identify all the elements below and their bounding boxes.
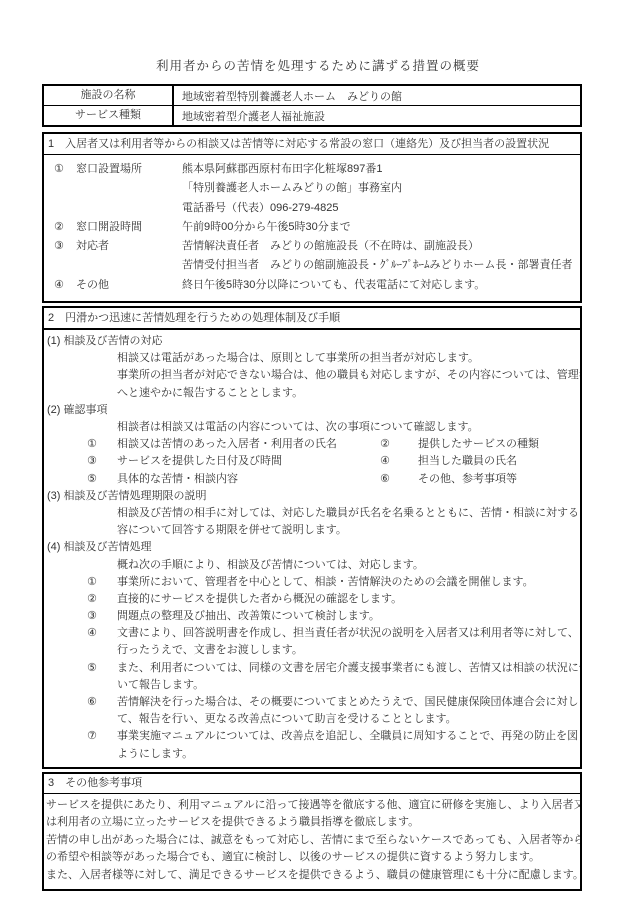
section-1-row: ①窓口設置場所熊本県阿蘇郡西原村布田字化粧塚897番1	[44, 160, 580, 179]
paragraph-line: いて報告します。	[44, 677, 580, 694]
item-text: 事業所において、管理者を中心として、相談・苦情解決のための会議を開催します。	[117, 574, 580, 591]
item-text-right: 担当した職員の氏名	[418, 453, 580, 470]
note-line: は利用者の立場に立ったサービスを提供できるよう職員指導を徹底します。	[44, 814, 580, 832]
section-2-body: (1) 相談及び苦情の対応相談又は電話があった場合は、原則として事業所の担当者が…	[44, 330, 580, 767]
section-3-heading: 3 その他参考事項	[44, 774, 580, 794]
item-number: ⑦	[87, 728, 117, 745]
facility-table-row: サービス種類地域密着型介護老人福祉施設	[44, 105, 580, 125]
item-text: 苦情解決を行った場合は、その概要についてまとめたうえで、国民健康保険団体連合会に…	[117, 694, 580, 711]
section-1-row: 「特別養護老人ホームみどりの館」事務室内	[44, 179, 580, 198]
section-3-notes: 3 その他参考事項 サービスを提供にあたり、利用マニュアルに沿って接遇等を徹底す…	[42, 772, 582, 892]
section-1-row: 電話番号（代表）096-279-4825	[44, 199, 580, 218]
item-number-left: ③	[87, 453, 117, 470]
item-label: 窓口設置場所	[76, 160, 182, 179]
item-text: また、利用者については、同様の文書を居宅介護支援事業者にも渡し、苦情又は相談の状…	[117, 660, 580, 677]
item-number: ①	[87, 574, 117, 591]
page-title: 利用者からの苦情を処理するために講ずる措置の概要	[0, 0, 636, 74]
paragraph-line: 行ったうえで、文書をお渡しします。	[44, 642, 580, 659]
item-text-left: 相談又は苦情のあった入居者・利用者の氏名	[117, 436, 380, 453]
note-line: 苦情の申し出があった場合には、誠意をもって対応し、苦情にまで至らないケースであっ…	[44, 832, 580, 850]
section-1-heading: 1 入居者又は利用者等からの相談又は苦情等に対応する常設の窓口（連絡先）及び担当…	[44, 134, 580, 155]
paragraph-line: 相談者は相談又は電話の内容については、次の事項について確認します。	[44, 419, 580, 436]
document-body: 施設の名称地域密着型特別養護老人ホーム みどりの館サービス種類地域密着型介護老人…	[42, 84, 582, 891]
subsection-heading: (2) 確認事項	[44, 402, 580, 419]
item-number: ④	[87, 625, 117, 642]
section-2-heading: 2 円滑かつ迅速に苦情処理を行うための処理体制及び手順	[44, 308, 580, 330]
subsection-heading: (4) 相談及び苦情処理	[44, 539, 580, 556]
paragraph-line: 事業所の担当者が対応できない場合は、他の職員も対応しますが、その内容については、…	[44, 367, 580, 384]
item-number	[54, 179, 76, 198]
item-number	[54, 256, 76, 275]
item-text: 直接的にサービスを提供した者から概況の確認をします。	[117, 591, 580, 608]
item-value: 苦情受付担当者 みどりの館副施設長・ｸﾞﾙｰﾌﾟﾎｰﾑみどりホーム長・部署責任者	[182, 256, 580, 275]
item-number-left: ①	[87, 436, 117, 453]
paragraph-line: て、報告を行い、更なる改善点について助言を受けることとします。	[44, 711, 580, 728]
paragraph-line: ようにします。	[44, 746, 580, 763]
note-line: サービスを提供にあたり、利用マニュアルに沿って接遇等を徹底する他、適宜に研修を実…	[44, 797, 580, 815]
numbered-item: ⑦事業実施マニュアルについては、改善点を追記し、全職員に周知することで、再発の防…	[44, 728, 580, 745]
item-label	[76, 256, 182, 275]
item-number-left: ⑤	[87, 471, 117, 488]
item-text-left: 具体的な苦情・相談内容	[117, 471, 380, 488]
item-value: 「特別養護老人ホームみどりの館」事務室内	[182, 179, 580, 198]
item-text-right: その他、参考事項等	[418, 471, 580, 488]
item-text: 文書により、回答説明書を作成し、担当責任者が状況の説明を入居者又は利用者等に対し…	[117, 625, 580, 642]
paragraph-line: 容について回答する期限を併せて説明します。	[44, 522, 580, 539]
item-number: ①	[54, 160, 76, 179]
section-1-window-setup: 1 入居者又は利用者等からの相談又は苦情等に対応する常設の窓口（連絡先）及び担当…	[42, 132, 582, 303]
item-label	[76, 179, 182, 198]
item-number-right: ⑥	[380, 471, 418, 488]
facility-table: 施設の名称地域密着型特別養護老人ホーム みどりの館サービス種類地域密着型介護老人…	[42, 84, 582, 127]
checklist-row: ①相談又は苦情のあった入居者・利用者の氏名②提供したサービスの種類	[44, 436, 580, 453]
item-label: 窓口開設時間	[76, 218, 182, 237]
item-number: ③	[54, 237, 76, 256]
subsection-heading: (1) 相談及び苦情の対応	[44, 333, 580, 350]
item-label	[76, 199, 182, 218]
item-text-left: サービスを提供した日付及び時間	[117, 453, 380, 470]
checklist-row: ③サービスを提供した日付及び時間④担当した職員の氏名	[44, 453, 580, 470]
numbered-item: ⑤また、利用者については、同様の文書を居宅介護支援事業者にも渡し、苦情又は相談の…	[44, 660, 580, 677]
section-2-procedure: 2 円滑かつ迅速に苦情処理を行うための処理体制及び手順 (1) 相談及び苦情の対…	[42, 306, 582, 769]
section-1-row: 苦情受付担当者 みどりの館副施設長・ｸﾞﾙｰﾌﾟﾎｰﾑみどりホーム長・部署責任者	[44, 256, 580, 275]
item-text-right: 提供したサービスの種類	[418, 436, 580, 453]
numbered-item: ①事業所において、管理者を中心として、相談・苦情解決のための会議を開催します。	[44, 574, 580, 591]
note-line: また、入居者様等に対して、満足できるサービスを提供できるよう、職員の健康管理にも…	[44, 867, 580, 885]
section-1-body: ①窓口設置場所熊本県阿蘇郡西原村布田字化粧塚897番1「特別養護老人ホームみどり…	[44, 155, 580, 301]
facility-table-row: 施設の名称地域密着型特別養護老人ホーム みどりの館	[44, 86, 580, 105]
facility-row-value: 地域密着型特別養護老人ホーム みどりの館	[174, 88, 580, 104]
item-value: 終日午後5時30分以降についても、代表電話にて対応します。	[182, 276, 580, 295]
numbered-item: ②直接的にサービスを提供した者から概況の確認をします。	[44, 591, 580, 608]
section-1-row: ④その他終日午後5時30分以降についても、代表電話にて対応します。	[44, 276, 580, 295]
numbered-item: ④文書により、回答説明書を作成し、担当責任者が状況の説明を入居者又は利用者等に対…	[44, 625, 580, 642]
item-value: 電話番号（代表）096-279-4825	[182, 199, 580, 218]
item-label: 対応者	[76, 237, 182, 256]
item-number: ⑤	[87, 660, 117, 677]
paragraph-line: へと速やかに報告することとします。	[44, 385, 580, 402]
item-number: ④	[54, 276, 76, 295]
facility-row-value: 地域密着型介護老人福祉施設	[174, 108, 580, 124]
section-1-row: ③対応者苦情解決責任者 みどりの館施設長（不在時は、副施設長）	[44, 237, 580, 256]
item-value: 熊本県阿蘇郡西原村布田字化粧塚897番1	[182, 160, 580, 179]
item-number	[54, 199, 76, 218]
paragraph-line: 相談及び苦情の相手に対しては、対応した職員が氏名を名乗るとともに、苦情・相談に対…	[44, 505, 580, 522]
paragraph-line: 相談又は電話があった場合は、原則として事業所の担当者が対応します。	[44, 350, 580, 367]
item-number: ②	[54, 218, 76, 237]
item-label: その他	[76, 276, 182, 295]
facility-row-label: サービス種類	[44, 106, 174, 125]
item-number-right: ②	[380, 436, 418, 453]
note-line: の希望や相談等があった場合でも、適宜に検討し、以後のサービスの提供に資するよう努…	[44, 849, 580, 867]
item-number-right: ④	[380, 453, 418, 470]
facility-row-label: 施設の名称	[44, 86, 174, 105]
item-value: 午前9時00分から午後5時30分まで	[182, 218, 580, 237]
numbered-item: ③問題点の整理及び抽出、改善策について検討します。	[44, 608, 580, 625]
section-3-body: サービスを提供にあたり、利用マニュアルに沿って接遇等を徹底する他、適宜に研修を実…	[44, 794, 580, 890]
paragraph-line: 概ね次の手順により、相談及び苦情については、対応します。	[44, 557, 580, 574]
item-number: ③	[87, 608, 117, 625]
section-1-row: ②窓口開設時間午前9時00分から午後5時30分まで	[44, 218, 580, 237]
item-text: 問題点の整理及び抽出、改善策について検討します。	[117, 608, 580, 625]
numbered-item: ⑥苦情解決を行った場合は、その概要についてまとめたうえで、国民健康保険団体連合会…	[44, 694, 580, 711]
item-text: 事業実施マニュアルについては、改善点を追記し、全職員に周知することで、再発の防止…	[117, 728, 580, 745]
item-value: 苦情解決責任者 みどりの館施設長（不在時は、副施設長）	[182, 237, 580, 256]
checklist-row: ⑤具体的な苦情・相談内容⑥その他、参考事項等	[44, 471, 580, 488]
item-number: ②	[87, 591, 117, 608]
document-page: 利用者からの苦情を処理するために講ずる措置の概要 施設の名称地域密着型特別養護老…	[0, 0, 636, 899]
item-number: ⑥	[87, 694, 117, 711]
subsection-heading: (3) 相談及び苦情処理期限の説明	[44, 488, 580, 505]
